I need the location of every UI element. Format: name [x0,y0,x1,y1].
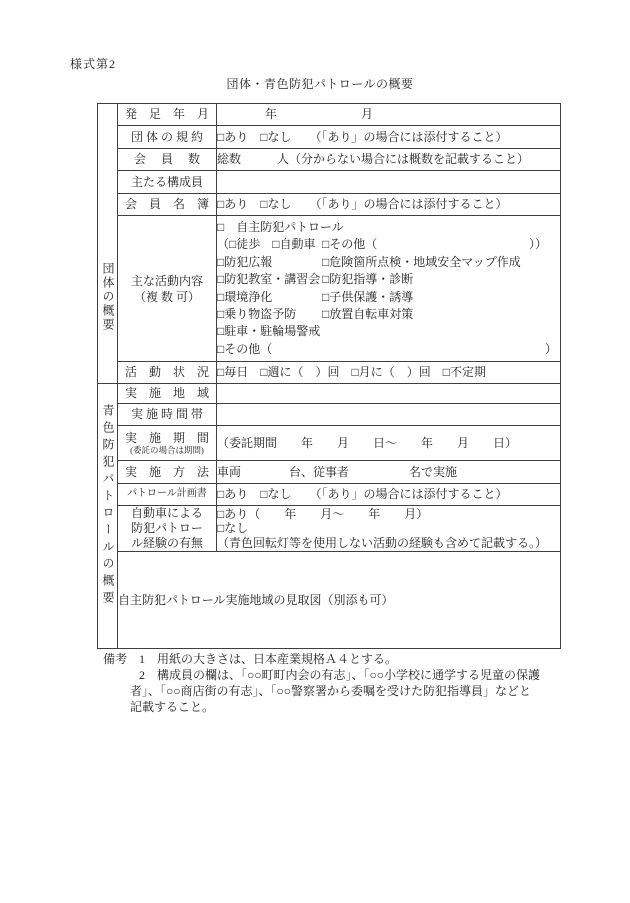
activity-line: □環境浄化 □子供保護・誘導 [217,289,560,306]
activities-label-text: 主な活動内容 （複 数 可） [131,274,203,304]
area-value [217,384,561,404]
activity-line: □その他（ ） [217,341,560,358]
members-value: 総数 人（分からない場合には概数を記載すること） [217,149,561,171]
activity-line: □乗り物盗予防 □放置自転車対策 [217,306,560,323]
activity-option: □駐車・駐輪場警戒 [217,323,322,340]
row-main-members: 主たる構成員 [98,171,561,194]
remarks: 備考 1 用紙の大きさは、日本産業規格Ａ４とする。 2 構成員の欄は、「○○町町… [103,651,573,715]
row-rules: 団 体 の 規 約 □あり □なし （「あり」の場合には添付すること） [98,126,561,149]
plan-label: パトロール計画書 [118,484,217,506]
main-members-label: 主たる構成員 [118,171,217,194]
activity-option: □環境浄化 [217,289,322,306]
rules-label: 団 体 の 規 約 [118,126,217,149]
roster-value: □あり □なし （「あり」の場合には添付すること） [217,194,561,216]
activity-line: □ 自主防犯パトロール [217,219,560,236]
page-title: 団体・青色防犯パトロールの概要 [0,77,630,92]
activities-label: 主な活動内容 （複 数 可） [118,216,217,362]
row-map: 自主防犯パトロール実施地域の見取図（別添も可） [98,552,561,649]
form-number: 様式第2 [70,57,116,72]
section-group-overview: 団体の概要 [98,104,118,384]
method-label: 実 施 方 法 [118,461,217,484]
activity-option: □防犯指導・診断 [322,271,413,288]
rules-value: □あり □なし （「あり」の場合には添付すること） [217,126,561,149]
activity-option: □放置自転車対策 [322,306,413,323]
activity-line: □駐車・駐輪場警戒 [217,323,560,340]
activity-option: （□徒歩 □自動車 [217,236,322,253]
activity-option: □ 自主防犯パトロール [217,219,344,236]
activity-option: □防犯広報 [217,254,322,271]
period-label: 実 施 期 間 (委託の場合は期間) [118,426,217,461]
row-period: 実 施 期 間 (委託の場合は期間) （委託期間 年 月 日〜 年 月 日） [98,426,561,461]
activity-option: □危険箇所点検・地域安全マップ作成 [322,254,521,271]
activity-option: □乗り物盗予防 [217,306,322,323]
remark-line: 備考 1 用紙の大きさは、日本産業規格Ａ４とする。 [103,651,573,667]
experience-label: 自動車による 防犯パトロー ル経験の有無 [118,506,217,552]
remark-line: 者」、「○○商店街の有志」、「○○警察署から委嘱を受けた防犯指導員」などと [103,683,573,699]
row-experience: 自動車による 防犯パトロー ル経験の有無 □あり（ 年 月〜 年 月） □なし … [98,506,561,552]
activity-option: □子供保護・誘導 [322,289,413,306]
founded-label: 発 足 年 月 [118,104,217,126]
period-sublabel-text: (委託の場合は期間) [118,445,216,455]
remark-line: 2 構成員の欄は、「○○町町内会の有志」、「○○小学校に通学する児童の保護 [103,667,573,683]
roster-label: 会 員 名 簿 [118,194,217,216]
row-founded: 団体の概要 発 足 年 月 年 月 [98,104,561,126]
remark-line: 記載すること。 [103,699,573,715]
status-label: 活 動 状 況 [118,362,217,384]
activity-line: □防犯広報 □危険箇所点検・地域安全マップ作成 [217,254,560,271]
main-members-value [217,171,561,194]
row-time: 実 施 時 間 帯 [98,404,561,426]
status-value: □毎日 □週に（ ）回 □月に（ ）回 □不定期 [217,362,561,384]
row-method: 実 施 方 法 車両 台、従事者 名で実施 [98,461,561,484]
area-label: 実 施 地 域 [118,384,217,404]
activity-option: □防犯教室・講習会 [217,271,322,288]
activity-option: ） [545,341,557,358]
section-patrol-overview: 青色防犯パトロールの概要 [98,384,118,649]
founded-value: 年 月 [217,104,561,126]
time-label: 実 施 時 間 帯 [118,404,217,426]
experience-label-text: 自動車による 防犯パトロー ル経験の有無 [131,506,203,550]
activity-line: （□徒歩 □自動車 □その他（ ）） [217,236,560,253]
members-label: 会 員 数 [118,149,217,171]
experience-value: □あり（ 年 月〜 年 月） □なし （青色回転灯等を使用しない活動の経験も含め… [217,506,561,552]
period-value: （委託期間 年 月 日〜 年 月 日） [217,426,561,461]
row-roster: 会 員 名 簿 □あり □なし （「あり」の場合には添付すること） [98,194,561,216]
map-cell: 自主防犯パトロール実施地域の見取図（別添も可） [118,552,561,649]
row-area: 青色防犯パトロールの概要 実 施 地 域 [98,384,561,404]
section-group-label: 団体の概要 [100,262,115,332]
form-page: 様式第2 団体・青色防犯パトロールの概要 団体の概要 発 足 年 月 年 月 団… [0,0,630,903]
row-plan: パトロール計画書 □あり □なし （「あり」の場合には添付すること） [98,484,561,506]
activities-value: □ 自主防犯パトロール （□徒歩 □自動車 □その他（ ）） □防犯広報 □危険… [217,216,561,362]
row-status: 活 動 状 況 □毎日 □週に（ ）回 □月に（ ）回 □不定期 [98,362,561,384]
time-value [217,404,561,426]
activity-option: □その他（ [217,341,322,358]
section-patrol-label: 青色防犯パトロールの概要 [100,404,115,608]
form-table: 団体の概要 発 足 年 月 年 月 団 体 の 規 約 □あり □なし （「あり… [97,103,561,649]
row-activities: 主な活動内容 （複 数 可） □ 自主防犯パトロール （□徒歩 □自動車 □その… [98,216,561,362]
row-members: 会 員 数 総数 人（分からない場合には概数を記載すること） [98,149,561,171]
method-value: 車両 台、従事者 名で実施 [217,461,561,484]
activity-option: □その他（ [322,236,377,253]
period-label-text: 実 施 期 間 [118,431,216,445]
activity-option: ）） [529,236,547,253]
plan-value: □あり □なし （「あり」の場合には添付すること） [217,484,561,506]
activity-line: □防犯教室・講習会 □防犯指導・診断 [217,271,560,288]
